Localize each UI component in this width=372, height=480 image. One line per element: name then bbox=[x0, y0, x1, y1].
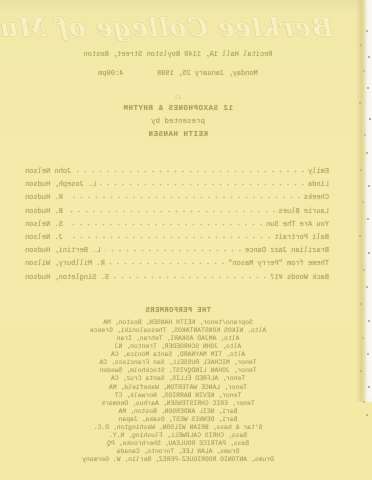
dotted-leader bbox=[109, 258, 224, 265]
performer-line: Alto, AMJAD ASKARI, Tehran, Iran bbox=[0, 335, 356, 343]
dotted-leader bbox=[75, 166, 304, 173]
concert-title-block: 12 SAXOPHONES & RHYTHM presented by KEIT… bbox=[0, 103, 356, 142]
program-credit: S. Singleton, Hudson bbox=[25, 272, 109, 285]
program-credit: L. Joseph, Hudson bbox=[25, 179, 96, 192]
performer-line: Drums, ANTONIO RODRIGUEZ-PEREZ, Berlin, … bbox=[0, 456, 356, 464]
program-piece-title: Laurie Blues bbox=[279, 206, 329, 219]
page-right-edge-fade bbox=[356, 396, 372, 480]
performer-line: Soprano/tenor, KEITH HANSEN, Boston, MA bbox=[0, 319, 356, 327]
dotted-leader bbox=[113, 272, 266, 279]
performer-line: Tenor, KEVIN BARRIOS, Norwalk, CT bbox=[0, 392, 356, 400]
mirrored-page-content: Berklee College of Music Recital Hall 1A… bbox=[0, 0, 356, 480]
performers-section: THE PERFORMERS Soprano/tenor, KEITH HANS… bbox=[0, 307, 356, 465]
performer-line: Tenor, ALFRED ELLIS, Santa Cruz, CA bbox=[0, 375, 356, 383]
program-credit: John Nelson bbox=[25, 166, 71, 179]
program-row: Linda L. Joseph, Hudson bbox=[25, 179, 329, 192]
performers-list: Soprano/tenor, KEITH HANSEN, Boston, MA … bbox=[0, 319, 356, 465]
program-credit: R. Millbury, Wilson bbox=[25, 258, 105, 271]
performer-line: Tenor, ERIC CHRISTENSEN, Aarhus, Denmark bbox=[0, 400, 356, 408]
program-row: Cheeks R. Hudson bbox=[25, 192, 329, 205]
presented-by-label: presented by bbox=[0, 116, 356, 129]
program-credit: R. Hudson bbox=[25, 192, 63, 205]
concert-title: 12 SAXOPHONES & RHYTHM bbox=[0, 103, 356, 116]
dotted-leader bbox=[67, 219, 262, 226]
program-piece-title: Back Woods #17 bbox=[270, 272, 329, 285]
program-credit: S. Nelson bbox=[25, 219, 63, 232]
berklee-logo: Berklee College of Music bbox=[23, 13, 333, 42]
program-row: Brazilian Jazz Dance L. Bertini, Hudson bbox=[25, 245, 329, 258]
program-piece-title: Theme from "Perry Mason" bbox=[228, 258, 329, 271]
dotted-leader bbox=[100, 179, 304, 186]
program-row: Emily John Nelson bbox=[25, 166, 329, 179]
performer-line: Alto, JOHN SCHROEDER, Trenton, NJ bbox=[0, 343, 356, 351]
dotted-leader bbox=[67, 192, 300, 199]
program-row: Back Woods #17 S. Singleton, Hudson bbox=[25, 272, 329, 285]
program-row: Theme from "Perry Mason" R. Millbury, Wi… bbox=[25, 258, 329, 271]
performer-line: G'tar & bass, BRIAN WILSON, Washington, … bbox=[0, 424, 356, 432]
program-list: Emily John Nelson Linda L. Joseph, Hudso… bbox=[25, 166, 329, 285]
program-credit: L. Bertini, Hudson bbox=[25, 245, 101, 258]
performer-line: Tenor, LANCE WATERTON, Wakefield, MA bbox=[0, 384, 356, 392]
program-piece-title: Cheeks bbox=[304, 192, 329, 205]
page-number-mark: ii bbox=[0, 94, 356, 101]
program-piece-title: Bali Portrait bbox=[274, 232, 329, 245]
program-piece-title: Emily bbox=[308, 166, 329, 179]
program-piece-title: Linda bbox=[308, 179, 329, 192]
program-row: You Are The Sun S. Nelson bbox=[25, 219, 329, 232]
page-right-edge bbox=[356, 0, 372, 402]
program-credit: J. Nelson bbox=[25, 232, 63, 245]
performer-line: Bari, DENNIS WEST, Osaka, Japan bbox=[0, 416, 356, 424]
program-credit: B. Hudson bbox=[25, 206, 63, 219]
presenter-name: KEITH HANSEN bbox=[0, 129, 356, 142]
dotted-leader bbox=[105, 245, 241, 252]
program-row: Laurie Blues B. Hudson bbox=[25, 206, 329, 219]
program-row: Bali Portrait J. Nelson bbox=[25, 232, 329, 245]
performer-line: Bari, NEIL ANDERSON, Boston, MA bbox=[0, 408, 356, 416]
dotted-leader bbox=[67, 232, 271, 239]
program-piece-title: Brazilian Jazz Dance bbox=[245, 245, 329, 258]
scanned-page: Berklee College of Music Recital Hall 1A… bbox=[0, 0, 372, 480]
performer-line: Alto, NIKOS KONSTANTAKOS, Thessaloniki, … bbox=[0, 327, 356, 335]
torn-edge-speckles bbox=[366, 30, 368, 32]
venue-address-line: Recital Hall 1A, 1140 Boylston Street, B… bbox=[0, 50, 356, 61]
performers-heading: THE PERFORMERS bbox=[0, 307, 356, 315]
venue-datetime-line: Monday, January 25, 1988 4:00pm bbox=[0, 69, 356, 80]
dotted-leader bbox=[67, 206, 275, 213]
program-piece-title: You Are The Sun bbox=[266, 219, 329, 232]
